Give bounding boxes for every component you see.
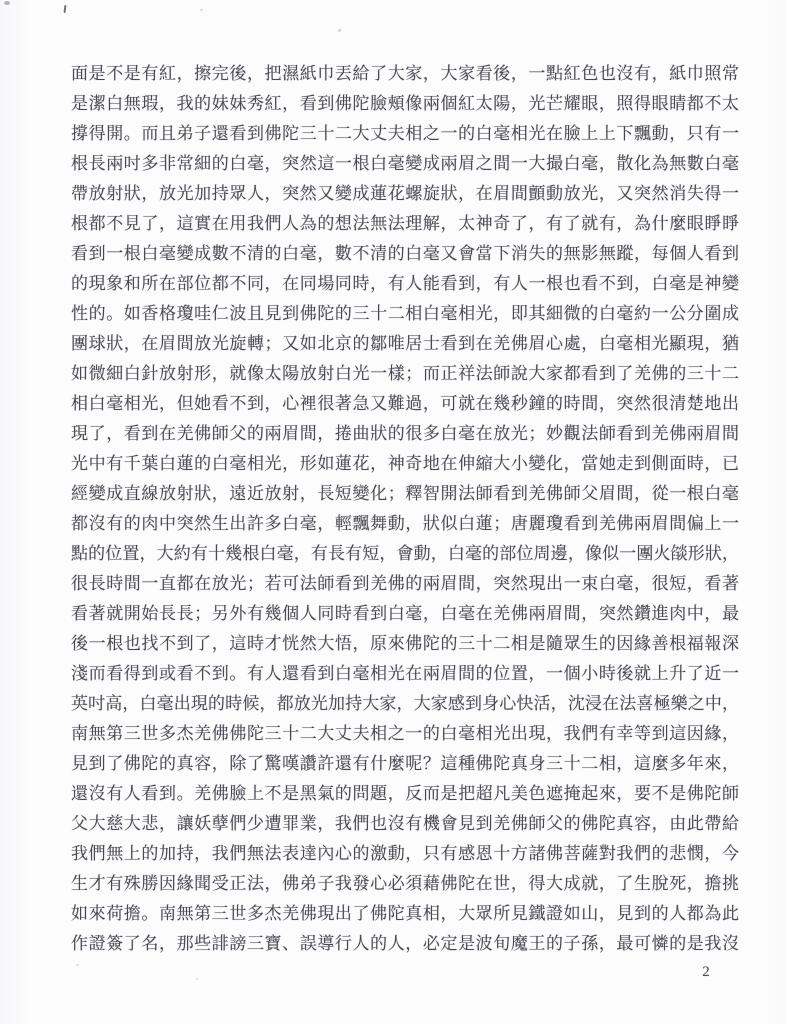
text-line: 如微細白針放射形，就像太陽放射白光一樣；而正祥法師說大家都看到了羌佛的三十二 (71, 359, 739, 389)
text-line: 點的位置，大約有十幾根白毫，有長有短，會動，白毫的部位周邊，像似一團火燄形狀， (71, 539, 739, 569)
text-line: 還沒有人看到。羌佛臉上不是黑氣的問題，反而是把超凡美色遮掩起來，要不是佛陀師 (71, 779, 739, 809)
scan-speck-icon (76, 964, 79, 966)
text-line: 見到了佛陀的真容，除了驚嘆讚許還有什麼呢？這種佛陀真身三十二相，這麼多年來， (71, 749, 739, 779)
scanned-document-page: 面是不是有紅，擦完後，把濕紙巾丟給了大家，大家看後，一點紅色也沒有，紙巾照常是潔… (0, 0, 786, 1024)
text-line: 看著就開始長長；另外有幾個人同時看到白毫，白毫在羌佛兩眉間，突然鑽進肉中，最 (71, 599, 739, 629)
scan-speck-icon (64, 5, 67, 13)
text-line: 看到一根白毫變成數不清的白毫，數不清的白毫又會當下消失的無影無蹤，每個人看到 (71, 239, 739, 269)
text-line: 父大慈大悲，讓妖孽們少遭罪業，我們也沒有機會見到羌佛師父的佛陀真容，由此帶給 (71, 809, 739, 839)
text-line: 光中有千葉白蓮的白毫相光，形如蓮花，神奇地在伸縮大小變化，當她走到側面時，已 (71, 449, 739, 479)
text-line: 英吋高，白毫出現的時候，都放光加持大家，大家感到身心快活，沈浸在法喜極樂之中， (71, 689, 739, 719)
text-line: 很長時間一直都在放光；若可法師看到羌佛的兩眉間，突然現出一束白毫，很短，看著 (71, 569, 739, 599)
text-line: 淺而看得到或看不到。有人還看到白毫相光在兩眉間的位置，一個小時後就上升了近一 (71, 659, 739, 689)
text-line: 帶放射狀，放光加持眾人，突然又變成蓮花螺旋狀，在眉間顫動放光，又突然消失得一 (71, 179, 739, 209)
scan-speck-icon (338, 29, 341, 32)
text-line: 撐得開。而且弟子還看到佛陀三十二大丈夫相之一的白毫相光在臉上上下飄動，只有一 (71, 119, 739, 149)
text-line: 都沒有的肉中突然生出許多白毫，輕飄舞動，狀似白蓮；唐麗瓊看到羌佛兩眉間偏上一 (71, 509, 739, 539)
text-line: 是潔白無瑕，我的妹妹秀紅，看到佛陀臉頰像兩個紅太陽，光芒耀眼，照得眼睛都不太 (71, 89, 739, 119)
text-line: 面是不是有紅，擦完後，把濕紙巾丟給了大家，大家看後，一點紅色也沒有，紙巾照常 (71, 59, 739, 89)
scan-speck-icon (200, 9, 203, 11)
text-line: 生才有殊勝因緣聞受正法，佛弟子我發心必須藉佛陀在世，得大成就，了生脫死，擔挑 (71, 869, 739, 899)
text-line: 根都不見了，這實在用我們人為的想法無法理解，太神奇了，有了就有，為什麼眼睜睜 (71, 209, 739, 239)
text-line: 如來荷擔。南無第三世多杰羌佛現出了佛陀真相，大眾所見鐵證如山，見到的人都為此 (71, 899, 739, 929)
text-line: 根長兩吋多非常細的白毫，突然這一根白毫變成兩眉之間一大撮白毫，散化為無數白毫 (71, 149, 739, 179)
text-line: 後一根也找不到了，這時才恍然大悟，原來佛陀的三十二相是隨眾生的因緣善根福報深 (71, 629, 739, 659)
text-line: 現了，看到在羌佛師父的兩眉間，捲曲狀的很多白毫在放光；妙觀法師看到羌佛兩眉間 (71, 419, 739, 449)
scan-speck-icon (196, 978, 198, 980)
page-number: 2 (696, 961, 716, 983)
text-line: 我們無上的加持，我們無法表達內心的激動，只有感恩十方諸佛菩薩對我們的悲憫，今 (71, 839, 739, 869)
text-line: 性的。如香格瓊哇仁波且見到佛陀的三十二相白毫相光，即其細微的白毫約一公分圍成 (71, 299, 739, 329)
text-line: 相白毫相光，但她看不到，心裡很著急又難過，可就在幾秒鐘的時間，突然很清楚地出 (71, 389, 739, 419)
body-text: 面是不是有紅，擦完後，把濕紙巾丟給了大家，大家看後，一點紅色也沒有，紙巾照常是潔… (71, 59, 739, 959)
text-line: 的現象和所在部位都不同，在同場同時，有人能看到，有人一根也看不到，白毫是神變 (71, 269, 739, 299)
text-line: 南無第三世多杰羌佛佛陀三十二大丈夫相之一的白毫相光出現，我們有幸等到這因緣， (71, 719, 739, 749)
scan-speck-icon (4, 1, 10, 5)
text-line: 團球狀，在眉間放光旋轉；又如北京的鄒唯居士看到在羌佛眉心處，白毫相光顯現，猶 (71, 329, 739, 359)
text-line: 作證簽了名，那些誹謗三寶、誤導行人的人，必定是波旬魔王的子孫，最可憐的是我沒 (71, 929, 739, 959)
text-line: 經變成直線放射狀，遠近放射，長短變化；釋智開法師看到羌佛師父眉間，從一根白毫 (71, 479, 739, 509)
